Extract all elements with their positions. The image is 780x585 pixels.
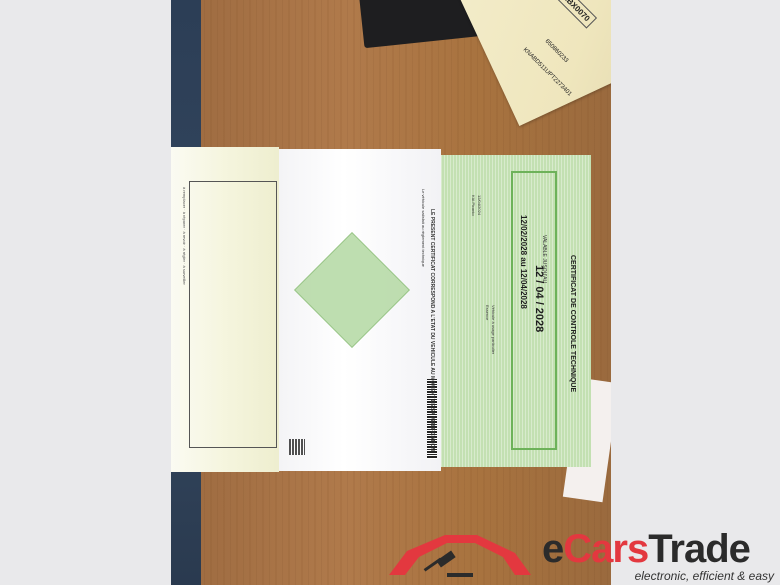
next-check-range: 12/02/2028 au 12/04/2028 xyxy=(519,215,528,309)
sub-statement-text: Le véhicule satisfait au règlement techn… xyxy=(421,189,426,267)
registration-number: 650860233 xyxy=(544,39,569,64)
vehicle-model: KIA Picanto xyxy=(471,195,476,216)
notes-box xyxy=(189,181,277,448)
vehicle-category: Véhicule à usage particulier xyxy=(491,305,496,354)
defect-legend: à remplacer · à réparer · à revoir · à r… xyxy=(177,187,187,447)
brand-tagline: electronic, efficient & easy xyxy=(635,569,774,583)
registration-vin: KNABD511UPT2273401 xyxy=(522,47,573,98)
registration-document: CERTIFICAT D'IMMATRICULATION 2BX0070 650… xyxy=(456,0,611,126)
car-auction-icon xyxy=(385,529,535,581)
first-registration-date: 12/04/2024 xyxy=(477,195,482,215)
brand-name: eCarsTrade xyxy=(542,525,750,573)
inspection-certificate: à remplacer · à réparer · à revoir · à r… xyxy=(171,147,591,472)
certificate-statement-panel: LE PRESENT CERTIFICAT CORRESPOND A L'ETA… xyxy=(279,149,441,471)
fuel-type: Essence xyxy=(485,305,490,320)
ecarstrade-watermark: eCarsTrade electronic, efficient & easy xyxy=(385,525,780,585)
registration-plate: 2BX0070 xyxy=(556,0,597,29)
certificate-notes-panel: à remplacer · à réparer · à revoir · à r… xyxy=(171,147,279,472)
certificate-title: CERTIFICAT DE CONTROLE TECHNIQUE xyxy=(569,255,576,392)
certificate-main-panel: KIA Picanto 12/04/2024 Véhicule à usage … xyxy=(441,155,591,467)
statement-text: LE PRESENT CERTIFICAT CORRESPOND A L'ETA… xyxy=(429,209,435,451)
valid-until-date: 12 / 04 / 2028 xyxy=(533,265,545,332)
document-photo: CERTIFICAT D'IMMATRICULATION 2BX0070 650… xyxy=(171,0,611,585)
inspection-vignette-icon xyxy=(294,232,410,348)
qr-code-icon xyxy=(289,439,305,455)
